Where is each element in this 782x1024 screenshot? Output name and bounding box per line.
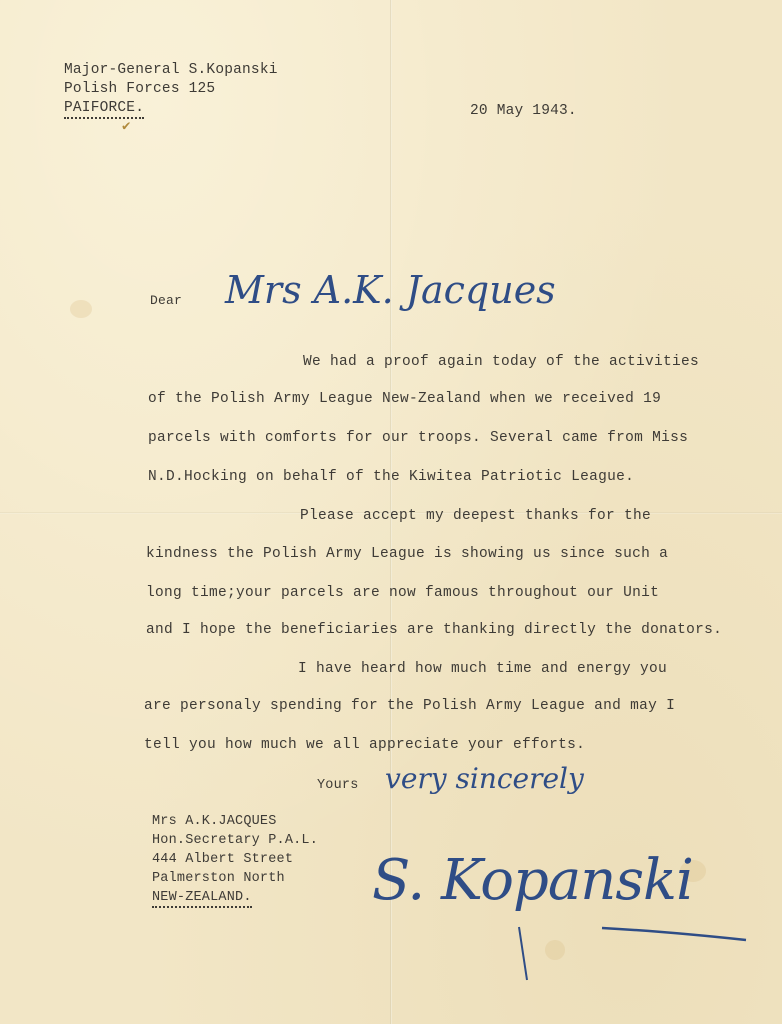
salutation-dear: Dear — [150, 291, 182, 310]
sender-name: Major-General S.Kopanski — [64, 61, 278, 80]
body-line: Please accept my deepest thanks for the — [300, 508, 651, 524]
body-line: I have heard how much time and energy yo… — [298, 661, 667, 677]
salutation-handwritten-name: Mrs A.K. Jacques — [225, 268, 556, 312]
body-line: of the Polish Army League New-Zealand wh… — [148, 391, 661, 407]
body-line: kindness the Polish Army League is showi… — [146, 546, 668, 562]
body-line: parcels with comforts for our troops. Se… — [148, 430, 688, 446]
sender-location-wrap: PAIFORCE. — [64, 99, 144, 118]
recipient-country: NEW-ZEALAND. — [152, 890, 252, 908]
paper-stain — [545, 940, 565, 960]
recipient-title: Hon.Secretary P.A.L. — [152, 831, 318, 850]
body-line: long time;your parcels are now famous th… — [146, 585, 659, 601]
recipient-country-wrap: NEW-ZEALAND. — [152, 888, 252, 907]
recipient-name: Mrs A.K.JACQUES — [152, 812, 277, 831]
handwritten-signature: S. Kopanski — [372, 848, 693, 913]
letter-date: 20 May 1943. — [470, 102, 577, 121]
body-line: and I hope the beneficiaries are thankin… — [146, 622, 722, 638]
paper-stain — [70, 300, 92, 318]
body-line: tell you how much we all appreciate your… — [144, 737, 585, 753]
body-line: are personaly spending for the Polish Ar… — [144, 698, 675, 714]
signature-descender — [515, 925, 535, 985]
signature-flourish — [600, 920, 750, 950]
closing-handwritten: very sincerely — [385, 762, 584, 795]
recipient-street: 444 Albert Street — [152, 850, 293, 869]
pencil-tick-mark: ✔ — [122, 118, 130, 135]
recipient-city: Palmerston North — [152, 869, 285, 888]
body-line: N.D.Hocking on behalf of the Kiwitea Pat… — [148, 469, 634, 485]
sender-unit: Polish Forces 125 — [64, 80, 215, 99]
closing-typed: Yours — [317, 776, 359, 795]
body-line: We had a proof again today of the activi… — [303, 354, 699, 370]
sender-location: PAIFORCE. — [64, 100, 144, 119]
